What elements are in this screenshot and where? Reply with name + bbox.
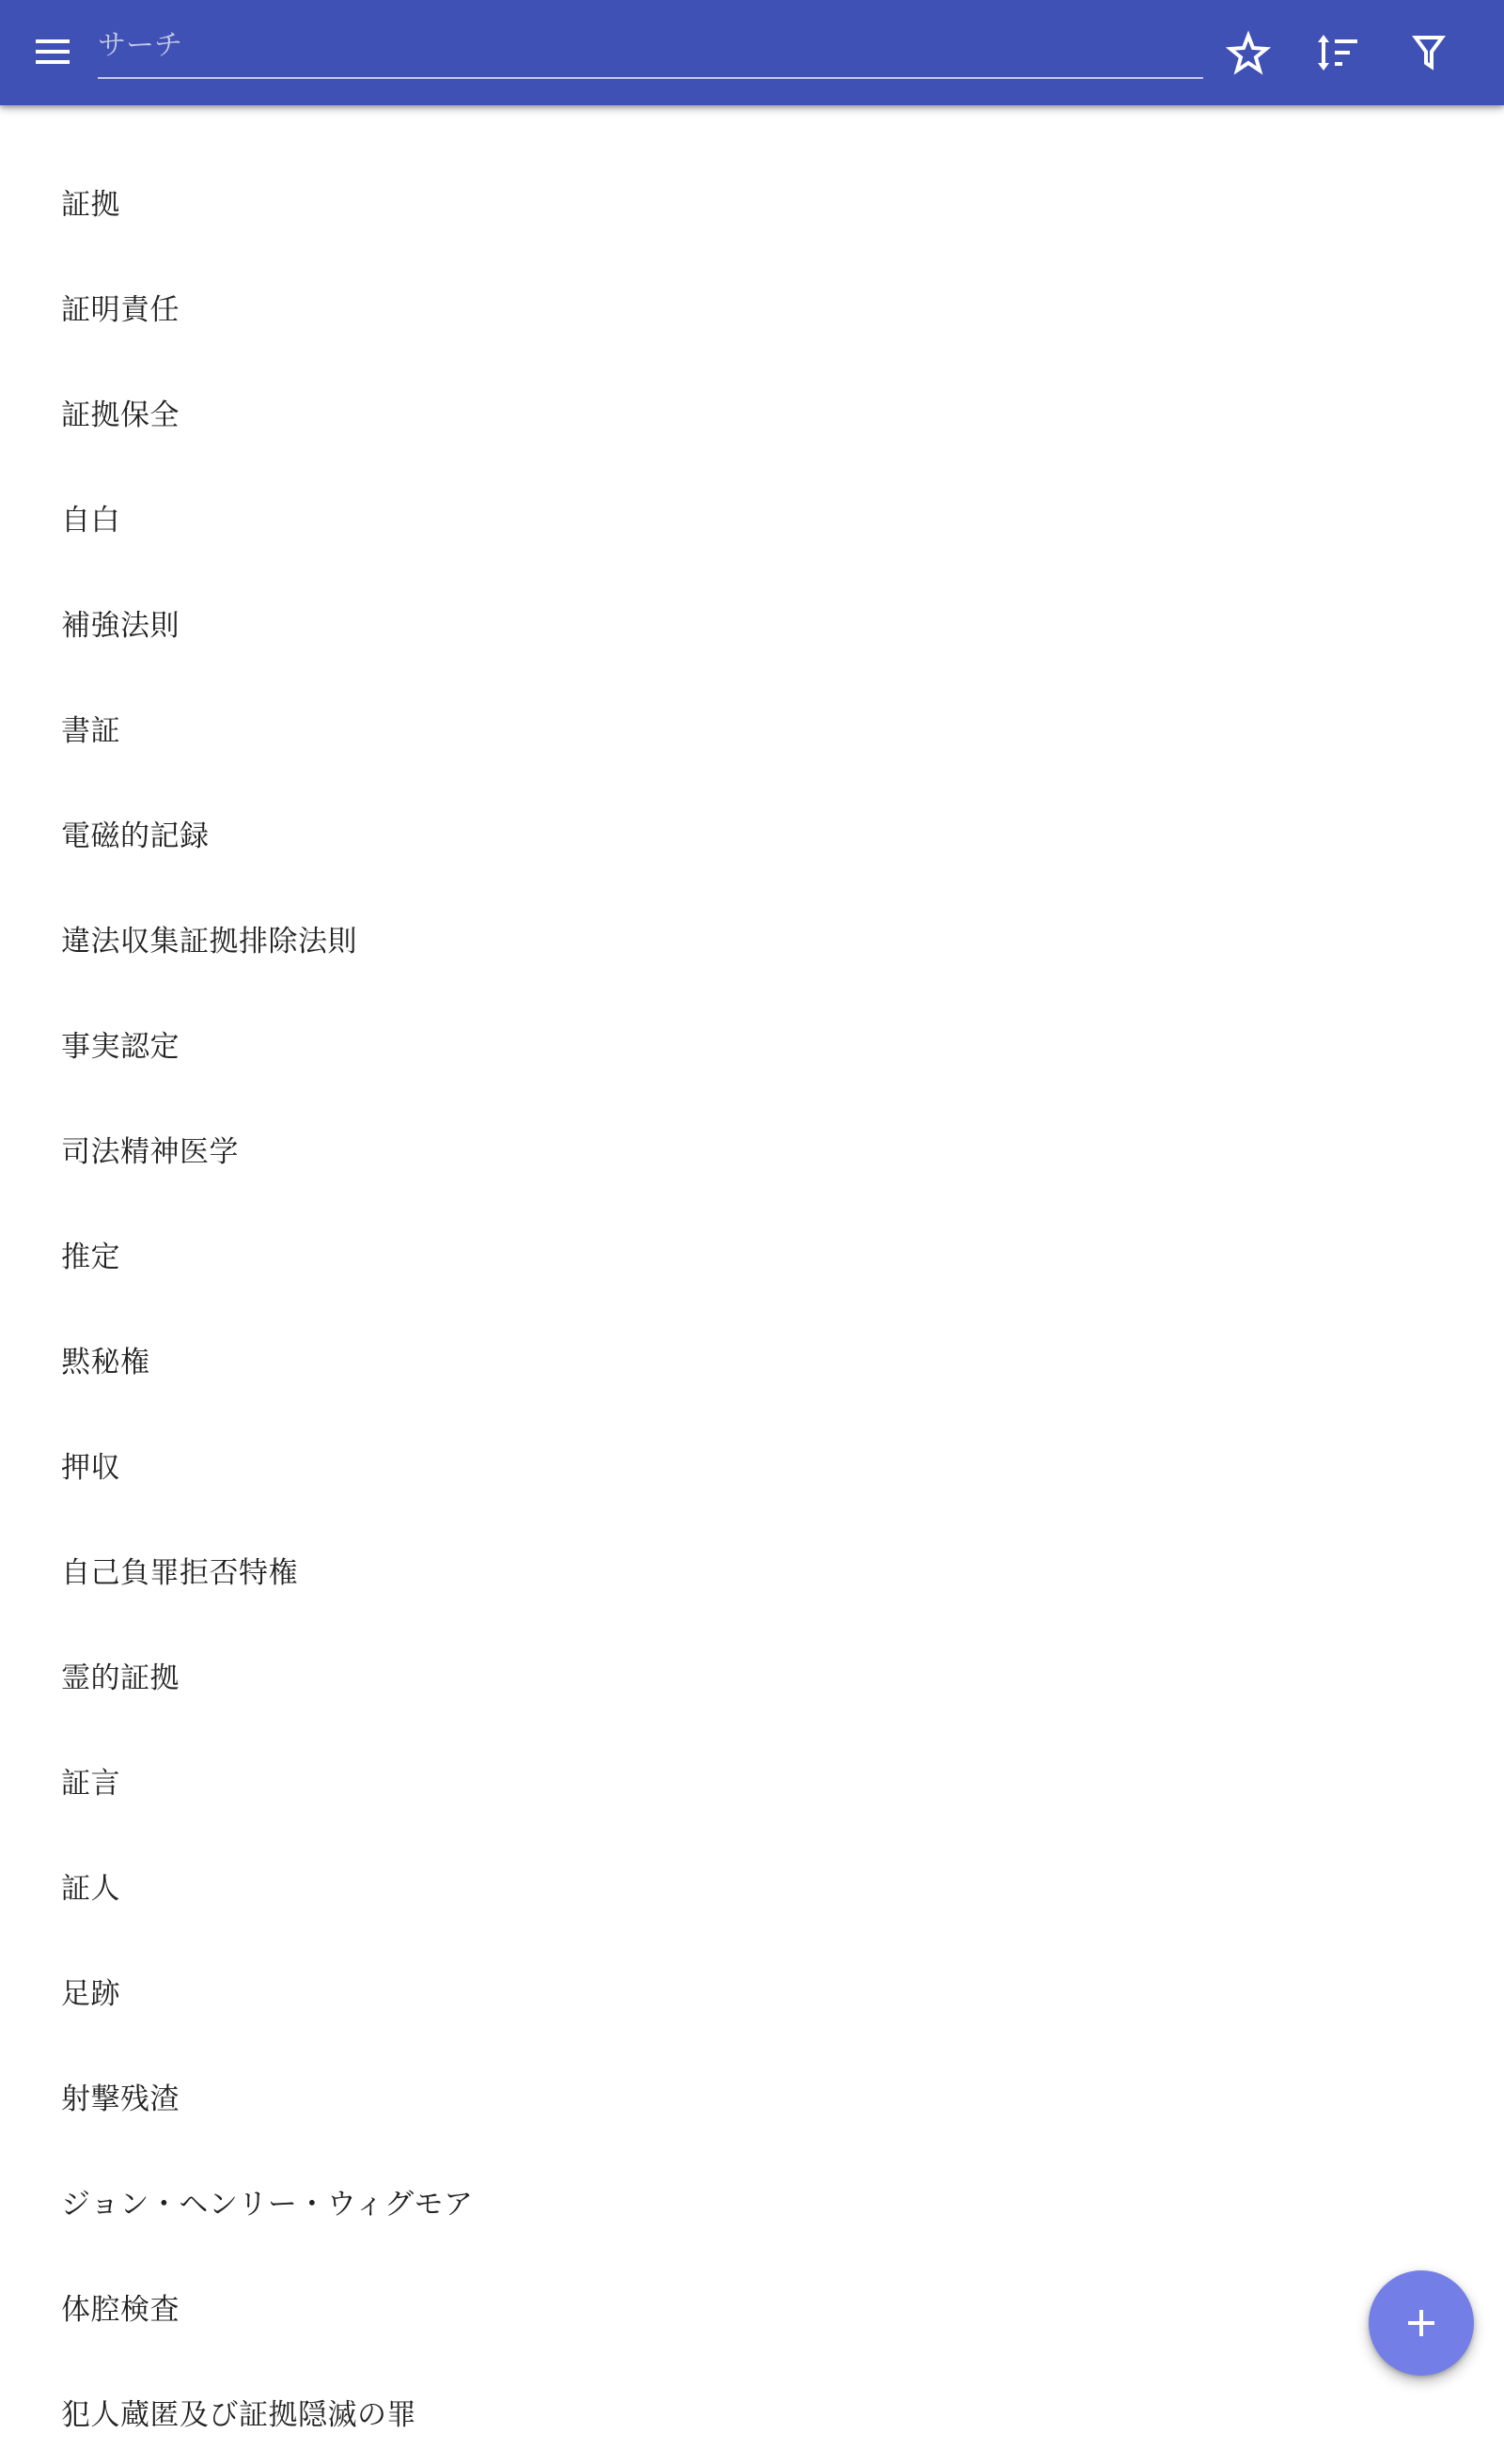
menu-button[interactable]: [23, 30, 83, 75]
list-item[interactable]: 電磁的記録: [0, 780, 1504, 885]
list-item-label: 電磁的記録: [61, 812, 210, 854]
plus-icon: [1369, 2270, 1474, 2376]
list-item[interactable]: ジョン・ヘンリー・ウィグモア: [0, 2148, 1504, 2253]
list-item-label: 押収: [61, 1443, 120, 1486]
list-item[interactable]: 証明責任: [0, 254, 1504, 359]
filter-button[interactable]: [1399, 23, 1459, 83]
add-button[interactable]: [1369, 2270, 1474, 2376]
list-item-label: 証明責任: [61, 286, 180, 328]
list-item[interactable]: 証人: [0, 1832, 1504, 1938]
app-bar: [0, 0, 1504, 105]
list-item-label: 事実認定: [61, 1022, 180, 1065]
list-item-label: 証拠保全: [61, 391, 180, 433]
list-item[interactable]: 体腔検査: [0, 2253, 1504, 2359]
list-item-label: 違法収集証拠排除法則: [61, 917, 357, 959]
list-item[interactable]: 射撃残渣: [0, 2043, 1504, 2148]
list-item[interactable]: 自己負罪拒否特権: [0, 1517, 1504, 1622]
list-item-label: 自己負罪拒否特権: [61, 1549, 298, 1591]
list-item[interactable]: 違法収集証拠排除法則: [0, 885, 1504, 990]
list-item[interactable]: 証拠: [0, 148, 1504, 254]
list-item[interactable]: 事実認定: [0, 990, 1504, 1096]
list-item-label: 補強法則: [61, 601, 180, 644]
list-item[interactable]: 司法精神医学: [0, 1096, 1504, 1201]
search-field: [98, 19, 1203, 79]
list-item-label: 自白: [61, 496, 120, 538]
list-item-label: 推定: [61, 1233, 120, 1275]
list-item[interactable]: 黙秘権: [0, 1306, 1504, 1411]
list-item-label: 霊的証拠: [61, 1654, 180, 1696]
list-item-label: 射撃残渣: [61, 2075, 180, 2117]
list-item-label: 体腔検査: [61, 2285, 180, 2328]
term-list: 証拠 証明責任 証拠保全 自白 補強法則 書証 電磁的記録 違法収集証拠排除法則…: [0, 148, 1504, 2406]
filter-outline-icon: [1399, 23, 1459, 83]
list-item[interactable]: 推定: [0, 1201, 1504, 1306]
list-item-label: 証人: [61, 1864, 120, 1907]
list-item[interactable]: 書証: [0, 675, 1504, 780]
list-item-label: 証言: [61, 1759, 120, 1801]
list-item-label: 書証: [61, 707, 120, 749]
list-item[interactable]: 足跡: [0, 1938, 1504, 2043]
sort-button[interactable]: [1308, 23, 1369, 83]
list-item[interactable]: 自白: [0, 464, 1504, 569]
search-input[interactable]: [98, 19, 1203, 73]
list-item-label: 証拠: [61, 180, 120, 223]
list-item-label: 黙秘権: [61, 1338, 150, 1380]
list-item-label: 司法精神医学: [61, 1128, 239, 1170]
list-item[interactable]: 霊的証拠: [0, 1622, 1504, 1727]
star-outline-icon: [1218, 23, 1278, 83]
list-item[interactable]: 補強法則: [0, 569, 1504, 675]
list-item-label: 犯人蔵匿及び証拠隠滅の罪: [61, 2391, 416, 2407]
list-item[interactable]: 押収: [0, 1411, 1504, 1517]
list-item[interactable]: 証言: [0, 1727, 1504, 1832]
list-item-label: ジョン・ヘンリー・ウィグモア: [61, 2180, 474, 2222]
favorites-button[interactable]: [1218, 23, 1278, 83]
list-item[interactable]: 犯人蔵匿及び証拠隠滅の罪: [0, 2359, 1504, 2406]
list-item-label: 足跡: [61, 1970, 120, 2012]
list-item[interactable]: 証拠保全: [0, 359, 1504, 464]
sort-icon: [1308, 23, 1369, 83]
